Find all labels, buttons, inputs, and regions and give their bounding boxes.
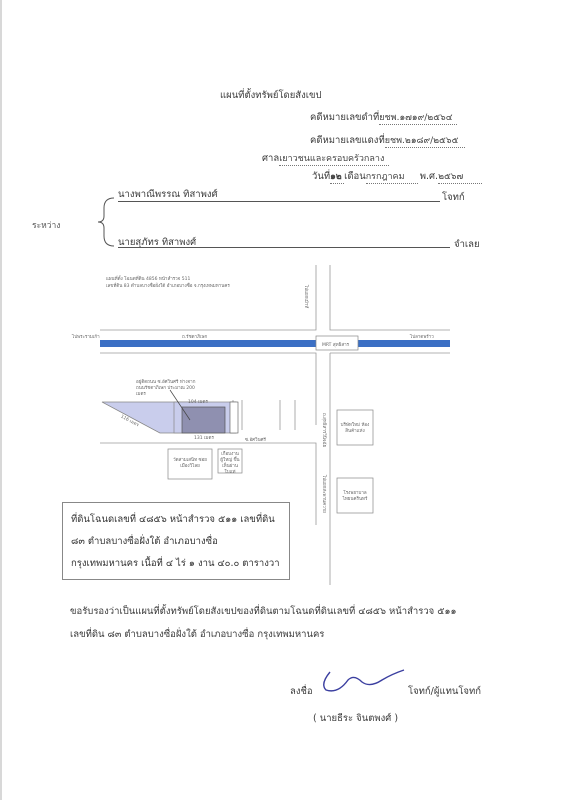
landmark-2: โรงพยาบาล ไทยนครินทร์ bbox=[340, 491, 370, 503]
side-road-label: ถ.สุทธิสารวินิจฉัย bbox=[321, 413, 328, 447]
date-year-value: ๒๕๖๗ bbox=[438, 169, 482, 184]
defendant-role: จำเลย bbox=[454, 237, 480, 252]
date-month-label: เดือน bbox=[344, 171, 366, 182]
deed-caption-box: ที่ดินโฉนดเลขที่ ๔๘๕๖ หน้าสำรวจ ๕๑๑ เลขท… bbox=[62, 502, 290, 580]
court-value: เยาวชนและครอบครัวกลาง bbox=[279, 151, 389, 166]
building-shape bbox=[182, 407, 225, 433]
plot-note: อยู่ติดถนน ซ.อัศวินศรี ห่างจากถนนรัชดาภิ… bbox=[136, 380, 196, 398]
signature-scribble-icon bbox=[318, 666, 406, 696]
deed-caption-line1: ที่ดินโฉนดเลขที่ ๔๘๕๖ หน้าสำรวจ ๕๑๑ เลขท… bbox=[71, 509, 281, 531]
red-case-value: ยชพ.๒๑๘๙/๒๕๖๕ bbox=[385, 133, 465, 148]
date-day-value: ๑๒ bbox=[330, 169, 344, 184]
date-year-label: พ.ศ. bbox=[420, 171, 438, 182]
landmark-4: เกือบงานผู้ใหญ่ ขึ้นเห็นผ่าน ใบแท่ bbox=[220, 452, 240, 476]
red-case-row: คดีหมายเลขแดงที่ยชพ.๒๑๘๙/๒๕๖๕ bbox=[310, 133, 465, 148]
dim-top: 104 เมตร bbox=[188, 398, 208, 405]
plaintiff-name: นางพาณีพรรณ ทิสาพงศ์ bbox=[118, 187, 218, 202]
date-day-label: วันที่ bbox=[312, 171, 330, 182]
main-road-label: ถ.รัชดาภิเษก bbox=[182, 333, 207, 340]
left-direction-label: ไปพระรามเก้า bbox=[72, 333, 100, 340]
document-title: แผนที่ตั้งทรัพย์โดยสังเขป bbox=[220, 88, 322, 103]
map-header-line1: แผนที่ตั้ง โฉนดที่ดิน 4856 หน้าสำรวจ 511 bbox=[106, 275, 190, 282]
court-label: ศาล bbox=[262, 153, 279, 164]
soi-label: ซ.อัศวินศรี bbox=[245, 436, 266, 443]
between-label: ระหว่าง bbox=[32, 218, 60, 232]
black-case-label: คดีหมายเลขดำที่ bbox=[310, 112, 379, 123]
main-road-band bbox=[100, 340, 450, 347]
up-direction-label: ไปแยกเม้าท์ bbox=[303, 285, 310, 308]
signer-printed-name: ( นายธีระ จินตพงศ์ ) bbox=[313, 711, 398, 726]
landmark-1: บริษัทใหม่ ห้องสินค้าแห่ง bbox=[340, 423, 370, 435]
page-edge bbox=[0, 0, 2, 800]
down-direction-label: ไปแยกสะพานควาย bbox=[321, 475, 328, 513]
brace-icon bbox=[96, 196, 118, 248]
deed-caption-line3: กรุงเทพมหานคร เนื้อที่ ๔ ไร่ ๑ งาน ๔๐.๐ … bbox=[71, 553, 281, 575]
court-row: ศาลเยาวชนและครอบครัวกลาง bbox=[262, 151, 389, 166]
red-case-label: คดีหมายเลขแดงที่ bbox=[310, 135, 385, 146]
certification-line1: ขอรับรองว่าเป็นแผนที่ตั้งทรัพย์โดยสังเขป… bbox=[70, 604, 457, 619]
black-case-value: ยชพ.๑๗๑๙/๒๕๖๔ bbox=[379, 110, 457, 125]
deed-caption-line2: ๘๓ ตำบลบางซื่อฝั่งใต้ อำเภอบางซื่อ bbox=[71, 531, 281, 553]
right-direction-label: ไปลาดพร้าว bbox=[410, 333, 434, 340]
date-row: วันที่๑๒เดือนกรกฎาคมพ.ศ.๒๕๖๗ bbox=[312, 169, 482, 184]
black-case-row: คดีหมายเลขดำที่ยชพ.๑๗๑๙/๒๕๖๔ bbox=[310, 110, 457, 125]
date-month-value: กรกฎาคม bbox=[366, 169, 418, 184]
map-header-line2: เลขที่ดิน 83 ตำบลบางซื่อฝั่งใต้ อำเภอบาง… bbox=[106, 282, 230, 289]
plaintiff-underline bbox=[118, 201, 440, 202]
plaintiff-role: โจทก์ bbox=[442, 190, 465, 205]
sign-label: ลงชื่อ bbox=[290, 684, 313, 699]
defendant-underline bbox=[118, 247, 450, 248]
certification-line2: เลขที่ดิน ๘๓ ตำบลบางซื่อฝั่งใต้ อำเภอบาง… bbox=[70, 627, 324, 642]
dim-bottom: 131 เมตร bbox=[194, 434, 214, 441]
mrt-station-label: MRT สุทธิสาร bbox=[322, 341, 349, 348]
sign-role: โจทก์/ผู้แทนโจทก์ bbox=[408, 684, 481, 699]
landmark-3: วัดสามเสนิท ซอยเมืองวิไลย bbox=[172, 458, 208, 470]
